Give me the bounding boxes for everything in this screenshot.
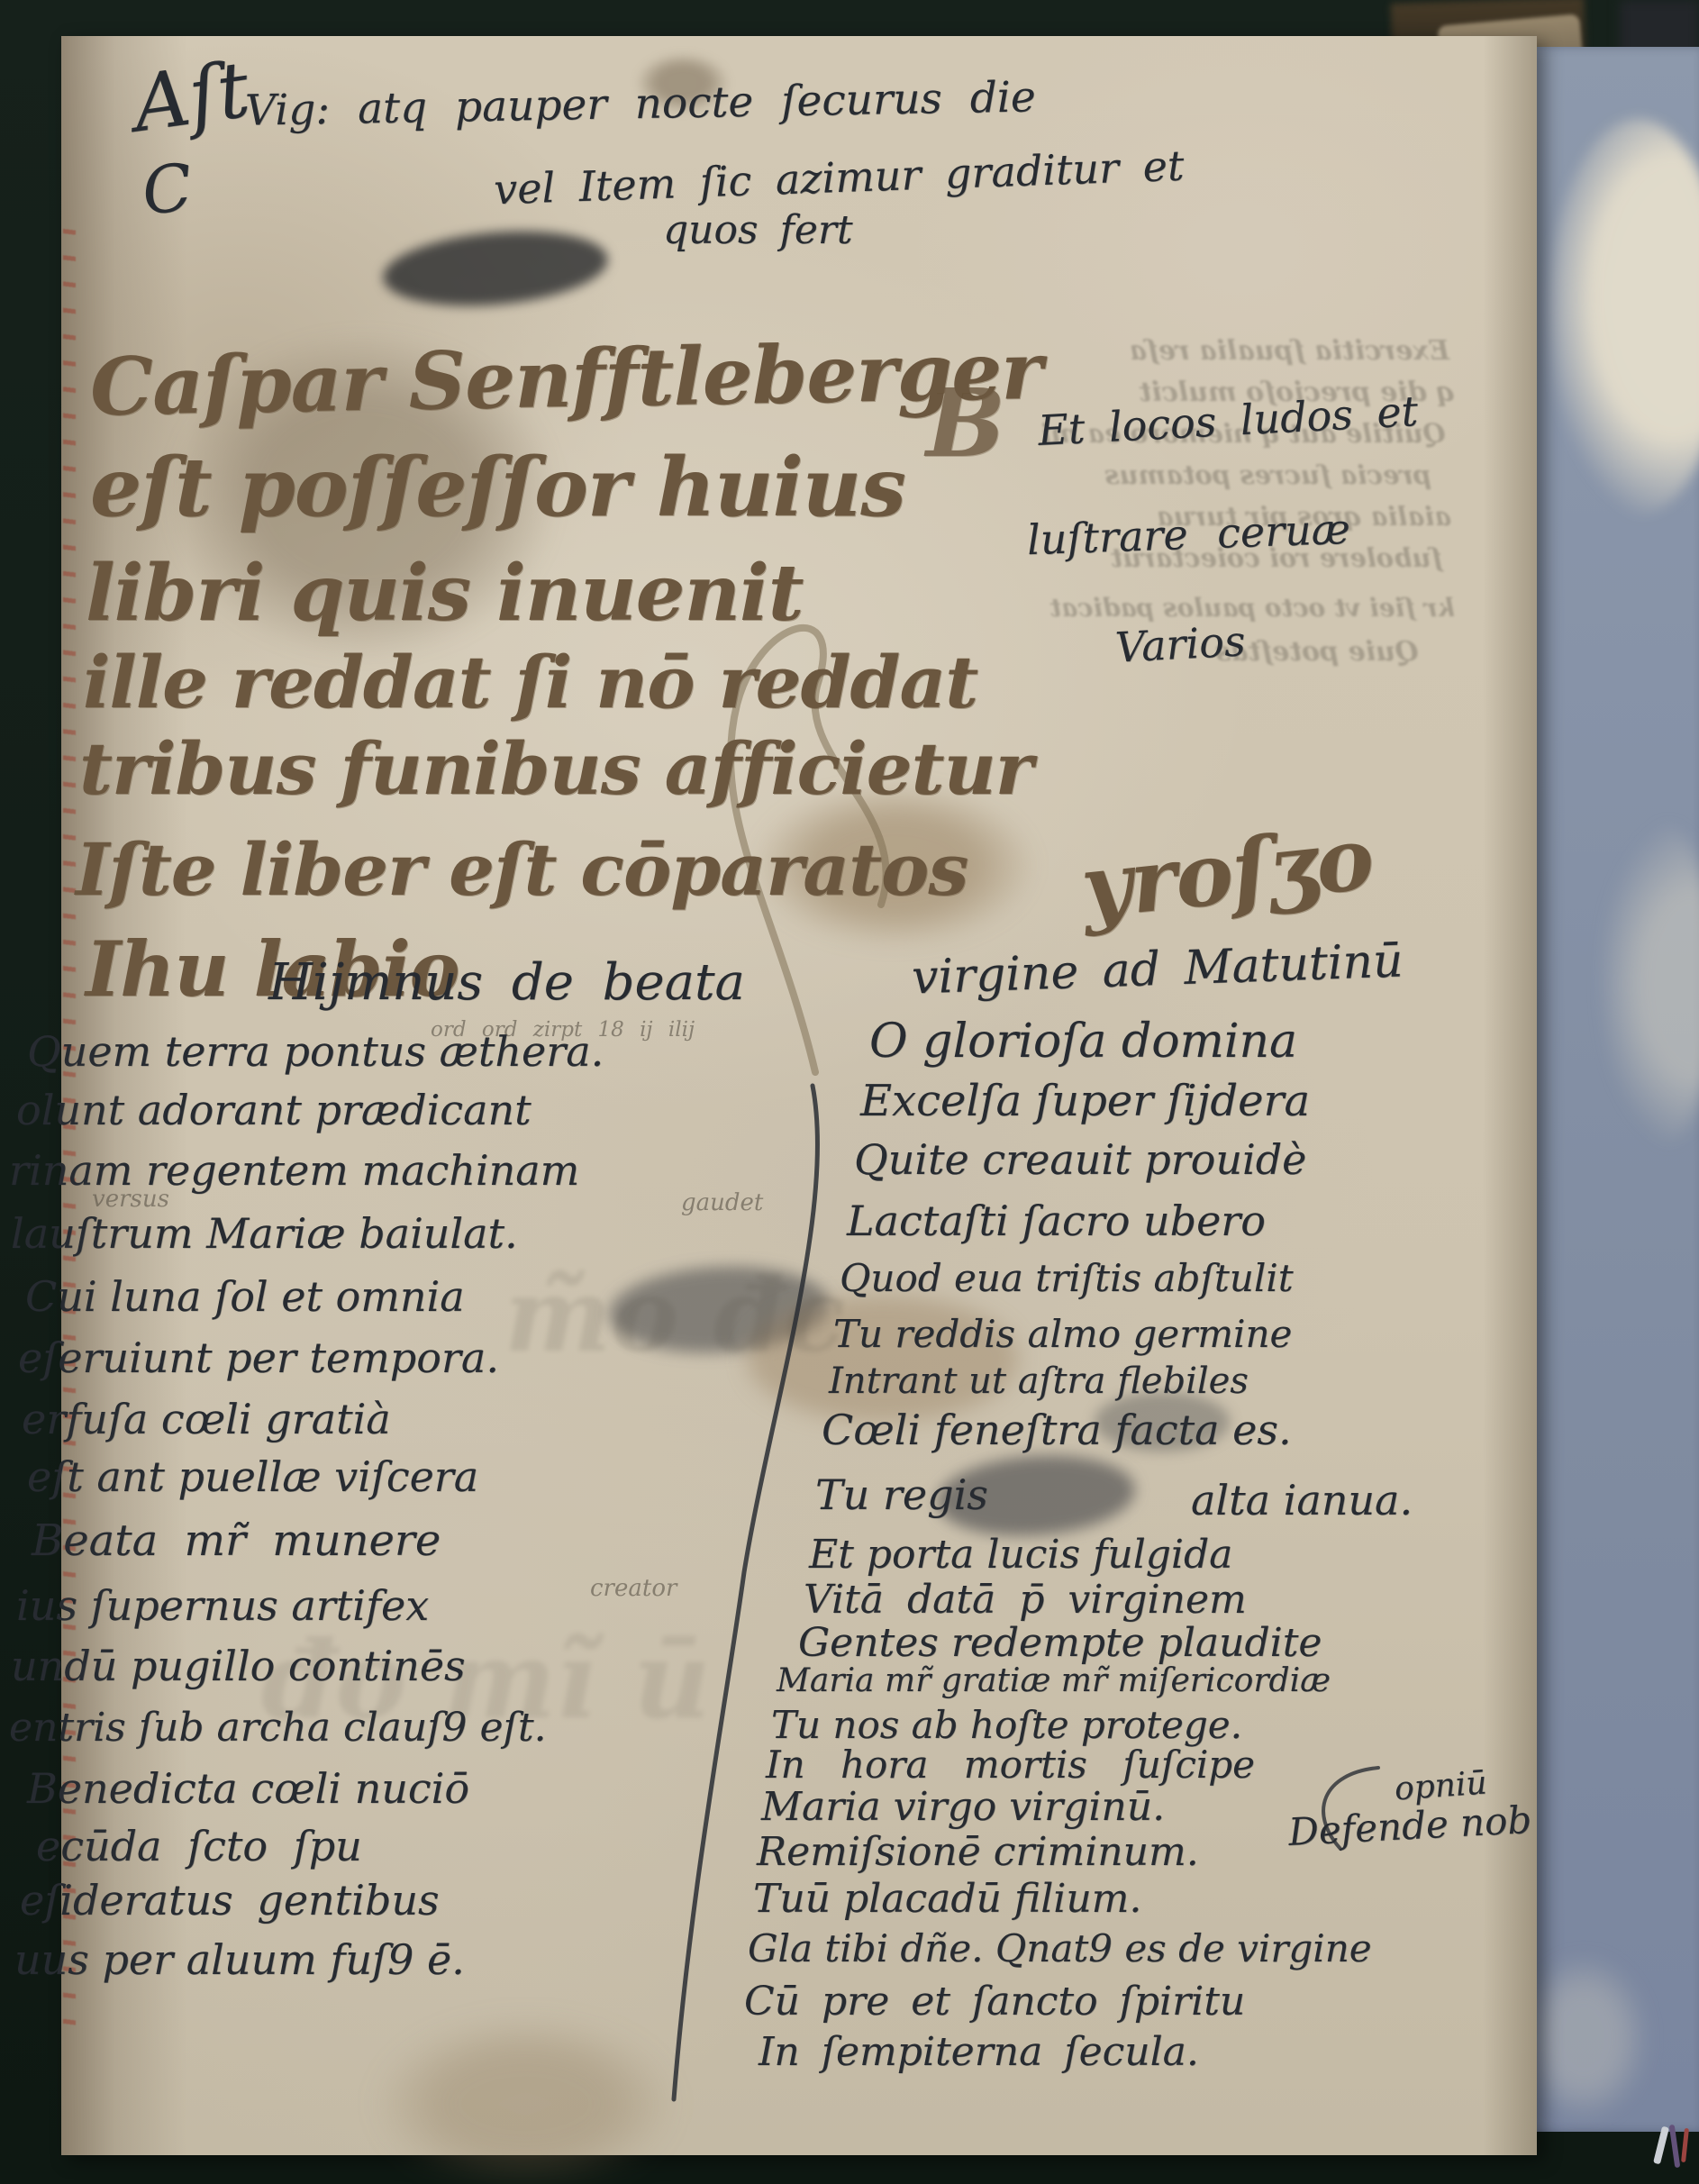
ownership-line-2: eſt poſſeſſor huius — [90, 440, 905, 535]
ghost-print-line: Exercitia ſpualia reſa — [1130, 335, 1450, 367]
hymn-line: ecūda ſcto ſpu — [36, 1822, 362, 1870]
ownership-line-6: Iſte liber eſt cōparatos — [76, 827, 968, 912]
ownership-line-3: libri quis inuenit — [86, 548, 803, 639]
hymn-line: Lactaſti ſacro ubero — [847, 1197, 1266, 1245]
hymn-line: ius ſupernus artifex — [16, 1581, 429, 1630]
hymn-line: olunt adorant prædicant — [16, 1086, 532, 1134]
hymn-line: eſideratus gentibus — [20, 1876, 440, 1925]
hymn-line: Tu regis — [815, 1470, 988, 1519]
hymn-line: O glorioſa domina — [869, 1015, 1297, 1069]
hymn-line: Tu nos ab hoſte protege. — [771, 1703, 1242, 1747]
hymn-line: Cū pre et ſancto ſpiritu — [744, 1979, 1245, 2025]
gloss-gaudet: gaudet — [681, 1189, 763, 1216]
hymn-line: Beata mr̃ munere — [32, 1515, 441, 1566]
hymn-line: Excelſa ſuper ſijdera — [860, 1076, 1310, 1126]
top-line-3: quos fert — [663, 207, 853, 253]
binding-thread-white — [1653, 2126, 1669, 2165]
hymn-line: alta ianua. — [1191, 1476, 1413, 1524]
hymn-line: entris ſub archa clauſ9 eſt. — [9, 1705, 547, 1751]
side-note-line-3: Varios — [1114, 616, 1247, 671]
hymn-line: Intrant ut aſtra flebiles — [829, 1360, 1249, 1402]
blue-paper-cover — [1521, 47, 1699, 2132]
ghost-print-large: m̃o đc — [504, 1257, 846, 1375]
hymn-line: Benedicta cœli nuciō — [27, 1764, 469, 1813]
hymn-line: Quite creauit prouidè — [854, 1135, 1306, 1184]
cover-stain-large — [1548, 119, 1699, 515]
binding-thread-red — [1681, 2128, 1689, 2162]
top-monogram: Aſt — [128, 45, 255, 150]
hymn-line: In ſempiterna ſecula. — [759, 2029, 1199, 2075]
hymn-line: Et porta lucis fulgida — [809, 1532, 1232, 1578]
hymn-heading-left: Hijmnus de beata — [268, 953, 745, 1012]
hymn-line: Quem terra pontus æthera. — [27, 1027, 604, 1076]
ghost-print-line: kr ſiei vt octo paulos padicat — [1049, 593, 1455, 623]
manuscript-photo: { "palette":{ "background":"#121d17", "p… — [0, 0, 1699, 2184]
hymn-line: Maria virgo virginū. — [761, 1784, 1165, 1830]
hymn-line: uus per aluum fuſ9 ē. — [14, 1935, 465, 1984]
hymn-line: Quod eua triſtis abſtulit — [840, 1256, 1294, 1300]
hymn-line: Cui luna ſol et omnia — [25, 1272, 465, 1321]
top-line-2-initial: C — [139, 149, 196, 229]
stain-bottom-center — [377, 2018, 674, 2184]
hymn-line: Maria mr̃ gratiæ mr̃ miſericordiæ — [777, 1662, 1331, 1699]
ownership-line-5: tribus funibus afficietur — [79, 726, 1032, 811]
hymn-line: eſt ant puellæ viſcera — [27, 1452, 478, 1501]
gloss-creator: creator — [590, 1575, 677, 1602]
hymn-line: Cœli feneſtra facta es. — [822, 1406, 1292, 1454]
cover-stain-bottom — [1521, 1957, 1647, 2119]
ghost-print-line: precia ſucres potamus — [1104, 460, 1431, 490]
hymn-line: Gla tibi dñe. Qnat9 es de virgine — [748, 1926, 1372, 1970]
hymn-line: undū pugillo continēs — [11, 1642, 466, 1690]
hymn-line: lauſtrum Mariæ baiulat. — [11, 1209, 518, 1258]
ownership-line-4: ille reddat ſi nō reddat — [83, 640, 977, 724]
hymn-line: In hora mortis ſuſcipe — [766, 1743, 1255, 1787]
hymn-line: Vitā datā p̄ virginem — [804, 1577, 1247, 1623]
hymn-line: Tuū placadū filium. — [753, 1876, 1141, 1922]
hymn-line: Gentes redempte plaudite — [798, 1620, 1322, 1666]
hymn-line: Remiſsionē criminum. — [757, 1829, 1199, 1875]
ownership-line-1: Caſpar Senfftleberger — [89, 323, 1042, 433]
side-note-initial: B — [926, 368, 1004, 478]
gloss-versus: versus — [92, 1186, 169, 1213]
hymn-line: eſeruiunt per tempora. — [18, 1333, 499, 1382]
hymn-line: Tu reddis almo germine — [833, 1312, 1292, 1356]
cover-stain-middle — [1602, 822, 1699, 1146]
hymn-line: erfuſa cœli gratià — [22, 1395, 391, 1443]
